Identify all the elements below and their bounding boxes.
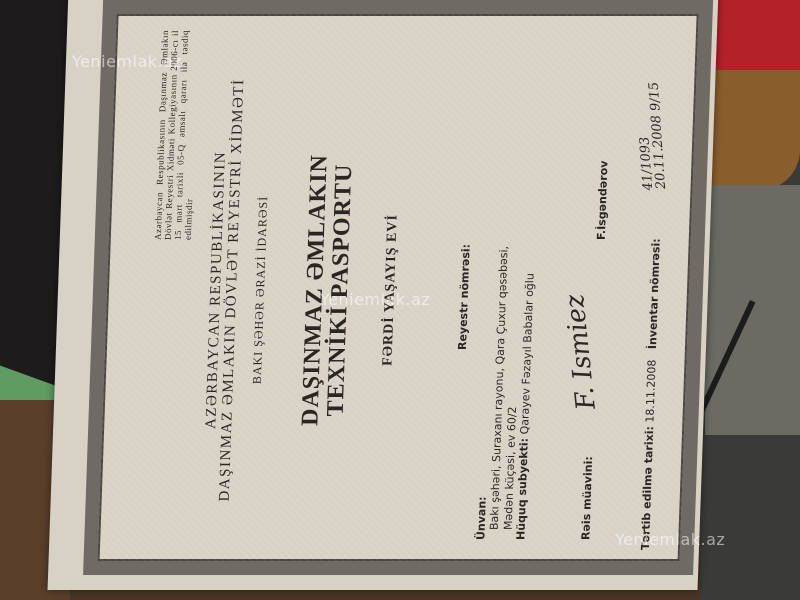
date-inventory-field: Tərtib edilmə tarixi: 18.11.2008 İnventa… (639, 238, 663, 550)
inventory-handwritten: 41/1093 20.11.2008 9/15 (635, 81, 668, 191)
signer-name: F.İsgəndərov (595, 161, 611, 240)
watermark: Yeniemlak.az (615, 530, 725, 549)
registry-label: Reyestr nömrəsi: (456, 244, 473, 350)
background-carpet-grey (705, 185, 800, 435)
deputy-field: Rəis müavini: (579, 456, 595, 540)
date-value: 18.11.2008 (643, 360, 658, 423)
registry-number-field: Reyestr nömrəsi: (456, 244, 473, 350)
address-label: Ünvan: (474, 496, 489, 540)
deputy-label: Rəis müavini: (579, 456, 595, 540)
owner-label: Hüquq subyekti: (514, 438, 531, 540)
signature: F. Ismiez (560, 292, 602, 411)
organization-name: AZƏRBAYCAN RESPUBLİKASININ DAŞINMAZ ƏMLA… (200, 70, 247, 510)
watermark: Yeniemlak.az (72, 52, 182, 71)
region-office: BAKI ŞƏHƏR ƏRAZİ İDARƏSİ (245, 70, 275, 510)
watermark: Yeniemlak.az (320, 290, 430, 309)
inventory-label: İnventar nömrəsi: (646, 238, 663, 349)
